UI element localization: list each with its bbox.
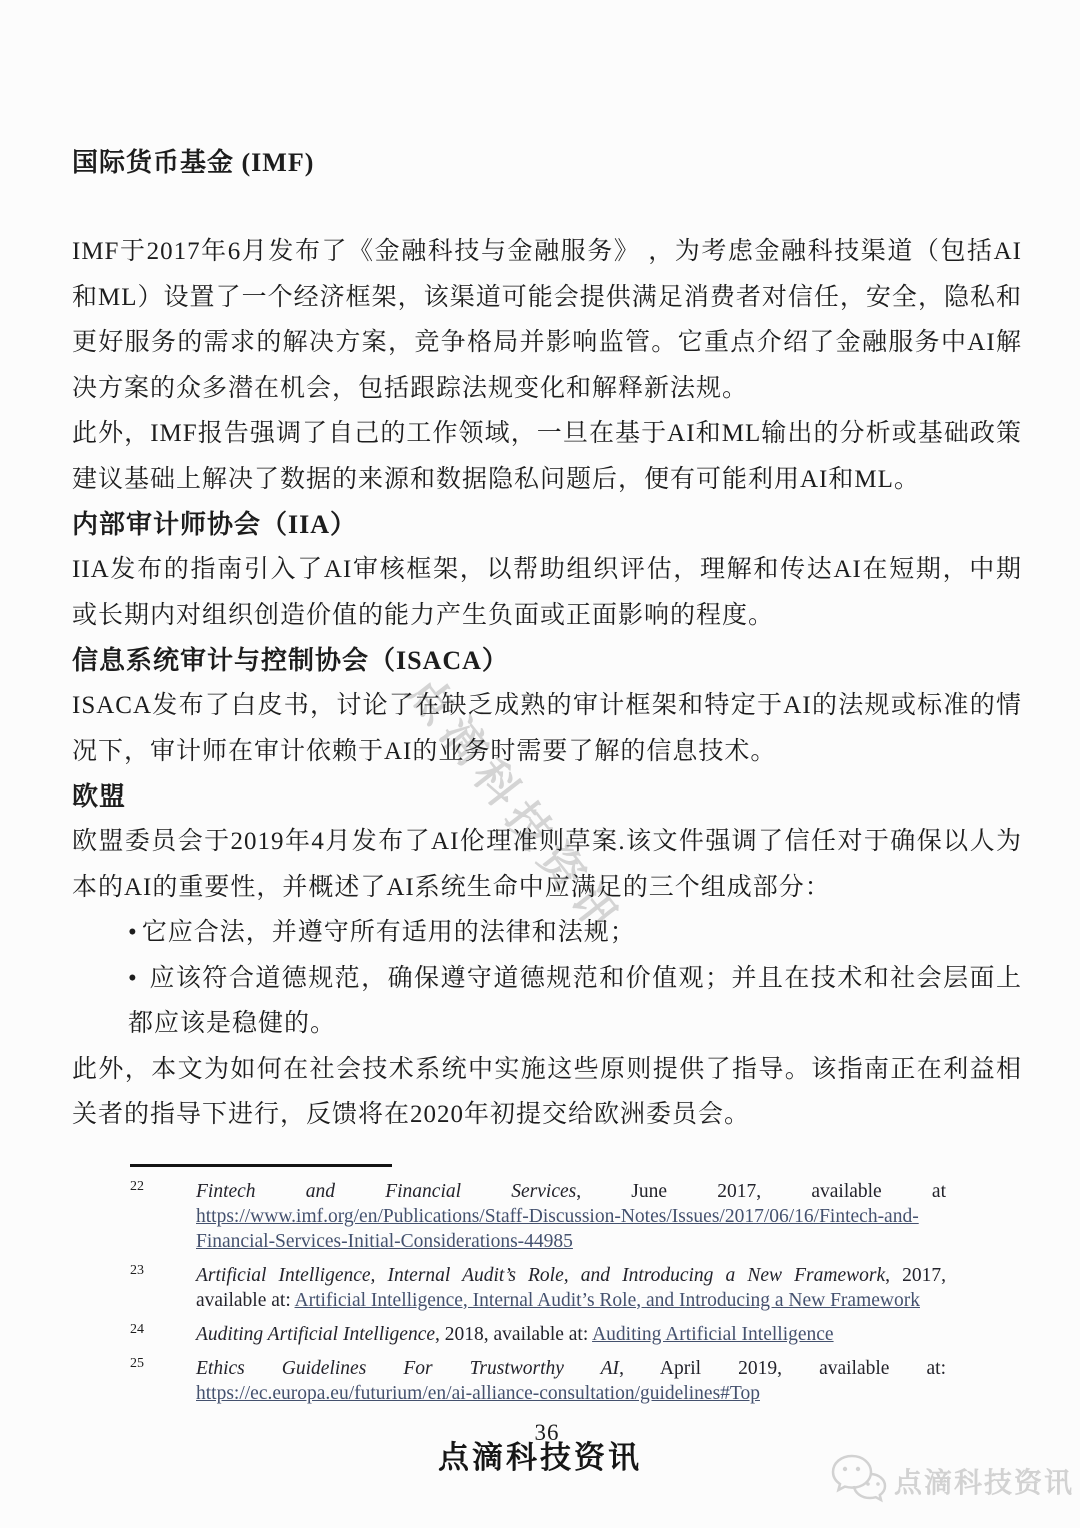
footnote-title: Auditing Artificial Intelligence: [196, 1324, 435, 1345]
page-content: 国际货币基金 (IMF) IMF于2017年6月发布了《金融科技与金融服务》 ，…: [72, 140, 1022, 1446]
bullet-item: •它应合法，并遵守所有适用的法律和法规；: [128, 910, 1022, 956]
footnote-number: 24: [130, 1320, 196, 1340]
footnote-link[interactable]: Auditing Artificial Intelligence: [592, 1324, 834, 1345]
corner-watermark: 点滴科技资讯: [830, 1452, 1074, 1509]
bullet-marker: •: [128, 919, 138, 946]
footnotes-block: 22 Fintech and Financial Services, June …: [72, 1164, 1022, 1406]
footnote-number: 25: [130, 1354, 196, 1374]
footnote-25: 25 Ethics Guidelines For Trustworthy AI,…: [72, 1356, 1022, 1406]
section-heading-eu: 欧盟: [72, 774, 1022, 819]
footnote-separator: [130, 1164, 392, 1167]
footnote-title: Artificial Intelligence, Internal Audit’…: [196, 1265, 885, 1286]
footnote-link[interactable]: Artificial Intelligence, Internal Audit’…: [295, 1290, 920, 1311]
section-heading-iia: 内部审计师协会（IIA）: [72, 502, 1022, 547]
bullet-item: • 应该符合道德规范，确保遵守道德规范和价值观；并且在技术和社会层面上都应该是稳…: [128, 956, 1022, 1047]
footnote-link[interactable]: https://ec.europa.eu/futurium/en/ai-alli…: [196, 1383, 760, 1404]
document-page: 点滴科技资讯 国际货币基金 (IMF) IMF于2017年6月发布了《金融科技与…: [0, 0, 1080, 1528]
body-paragraph: 欧盟委员会于2019年4月发布了AI伦理准则草案.该文件强调了信任对于确保以人为…: [72, 819, 1022, 910]
body-paragraph: 此外，本文为如何在社会技术系统中实施这些原则提供了指导。该指南正在利益相关者的指…: [72, 1047, 1022, 1138]
footnote-number: 22: [130, 1177, 196, 1197]
footnote-title: Ethics Guidelines For Trustworthy AI: [196, 1358, 619, 1379]
footnote-link[interactable]: https://www.imf.org/en/Publications/Staf…: [196, 1206, 919, 1252]
footnote-text: Fintech and Financial Services, June 201…: [196, 1179, 946, 1254]
body-paragraph: IMF于2017年6月发布了《金融科技与金融服务》 ，为考虑金融科技渠道（包括A…: [72, 229, 1022, 411]
section-heading-isaca: 信息系统审计与控制协会（ISACA）: [72, 638, 1022, 683]
footnote-text: Ethics Guidelines For Trustworthy AI, Ap…: [196, 1356, 946, 1406]
section-heading-imf: 国际货币基金 (IMF): [72, 140, 1022, 185]
footnote-text: Auditing Artificial Intelligence, 2018, …: [196, 1322, 946, 1347]
footnote-middle: , June 2017, available at: [576, 1181, 946, 1202]
body-paragraph: IIA发布的指南引入了AI审核框架，以帮助组织评估，理解和传达AI在短期，中期或…: [72, 547, 1022, 638]
footnote-text: Artificial Intelligence, Internal Audit’…: [196, 1263, 946, 1313]
footnote-23: 23 Artificial Intelligence, Internal Aud…: [72, 1263, 1022, 1313]
footnote-number: 23: [130, 1261, 196, 1281]
footnote-middle: , 2018, available at:: [435, 1324, 592, 1345]
bullet-item-text: 应该符合道德规范，确保遵守道德规范和价值观；并且在技术和社会层面上都应该是稳健的…: [128, 965, 1022, 1038]
footnote-middle: , April 2019, available at:: [619, 1358, 946, 1379]
body-paragraph: ISACA发布了白皮书，讨论了在缺乏成熟的审计框架和特定于AI的法规或标准的情况…: [72, 683, 1022, 774]
bullet-marker: •: [128, 965, 138, 992]
footnote-title: Fintech and Financial Services: [196, 1181, 576, 1202]
footnote-24: 24 Auditing Artificial Intelligence, 201…: [72, 1322, 1022, 1347]
footnote-22: 22 Fintech and Financial Services, June …: [72, 1179, 1022, 1254]
corner-watermark-text: 点滴科技资讯: [894, 1461, 1074, 1501]
wechat-logo-icon: [830, 1452, 888, 1509]
body-paragraph: 此外，IMF报告强调了自己的工作领域，一旦在基于AI和ML输出的分析或基础政策建…: [72, 411, 1022, 502]
bullet-item-text: 它应合法，并遵守所有适用的法律和法规；: [142, 919, 636, 946]
